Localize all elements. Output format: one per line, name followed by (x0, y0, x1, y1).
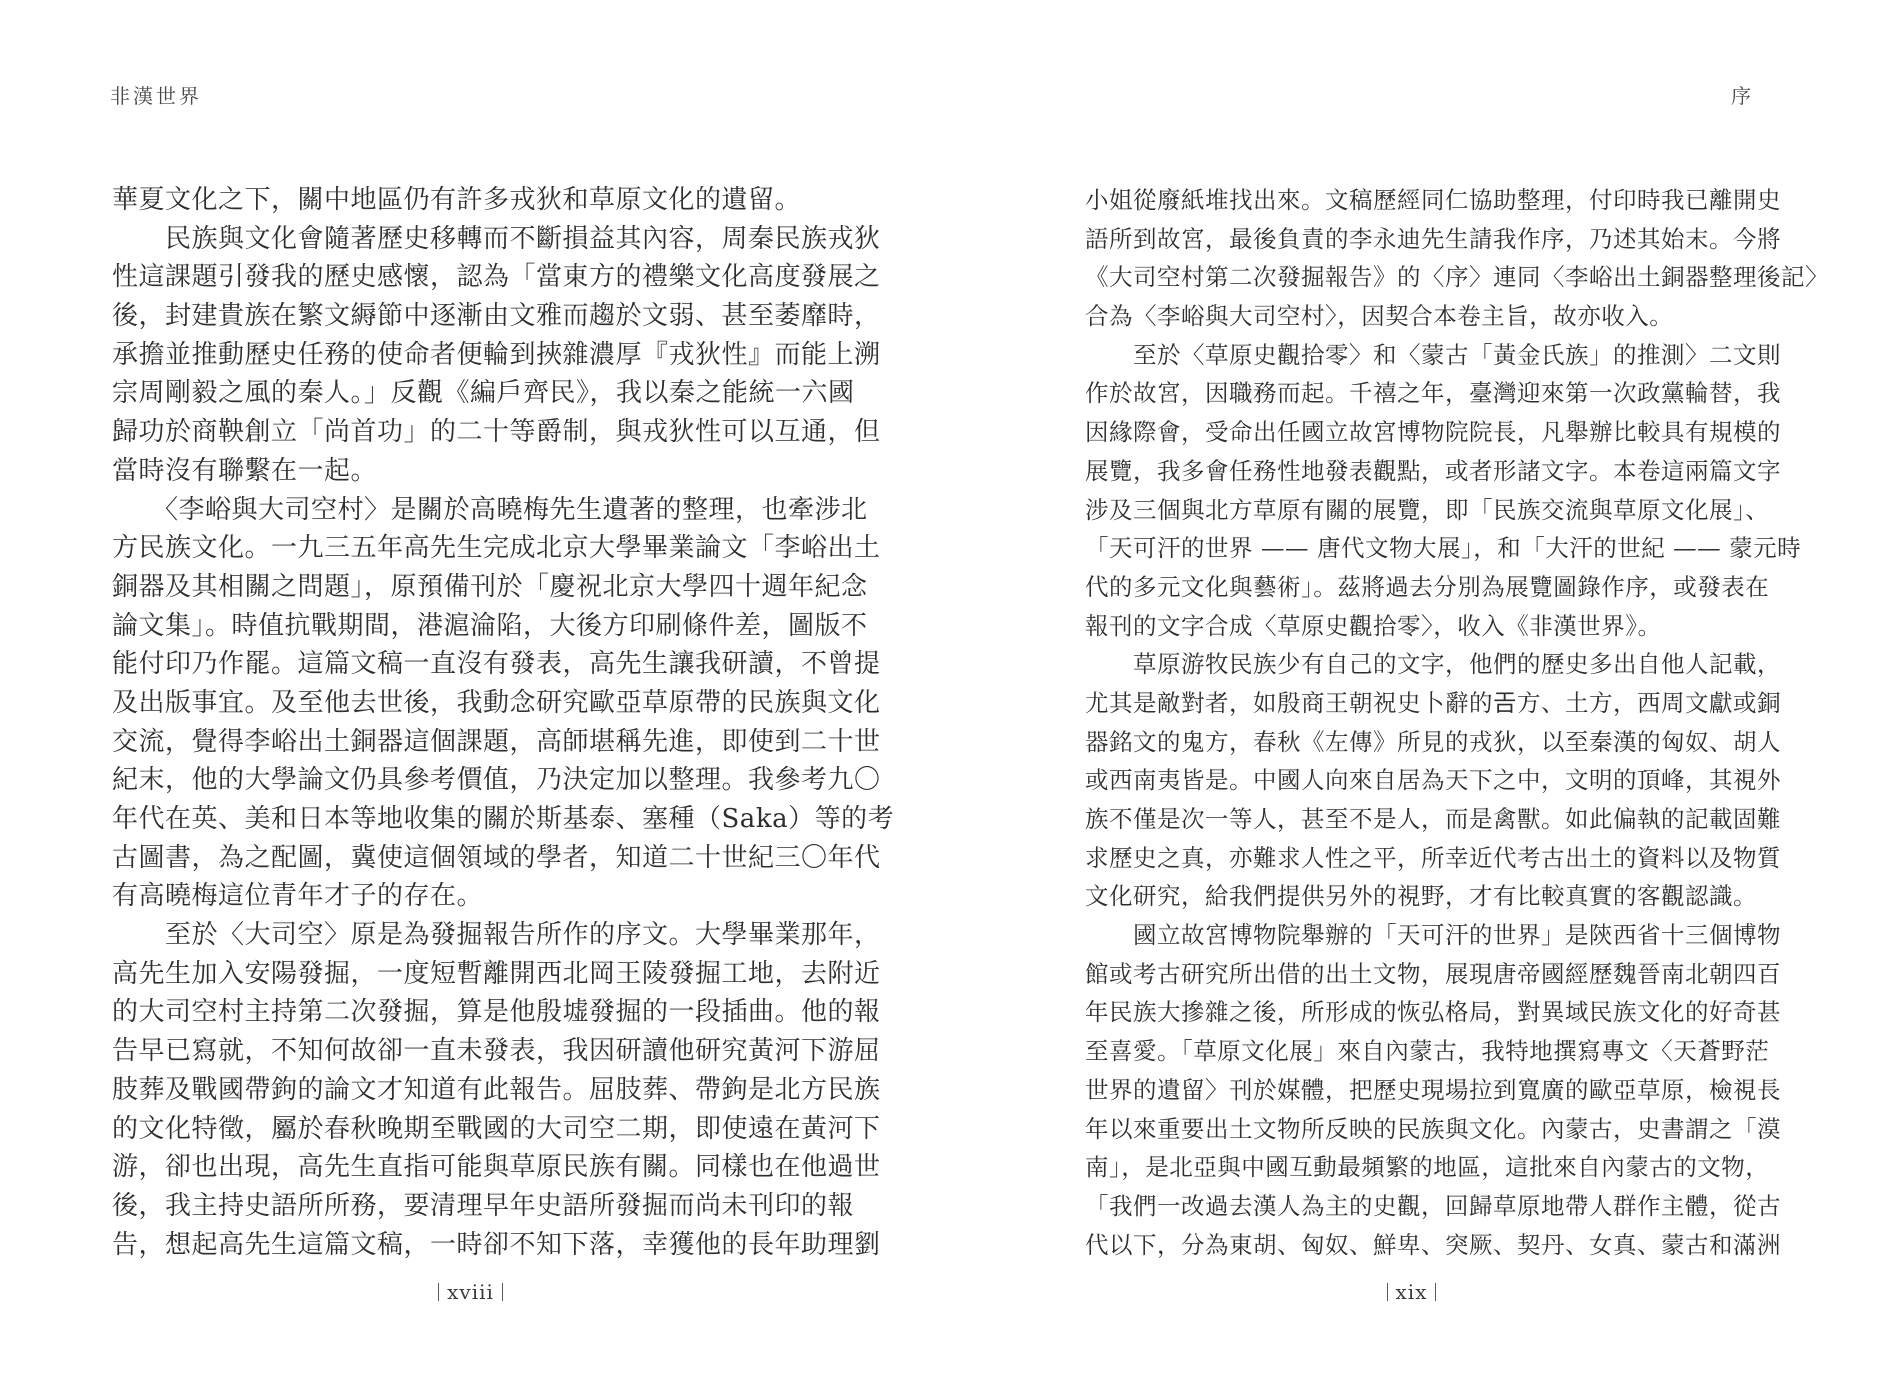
text-line: 小姐從廢紙堆找出來。文稿歷經同仁協助整理，付印時我已離開史 (1085, 181, 1757, 220)
text-line: 紀末，他的大學論文仍具參考價值，乃決定加以整理。我參考九〇 (112, 761, 852, 800)
text-line: 因緣際會，受命出任國立故宮博物院院長，凡舉辦比較具有規模的 (1085, 413, 1757, 452)
page-number-bar-icon (502, 1283, 503, 1301)
text-line: 告早已寫就，不知何故卻一直未發表，我因研讀他研究黃河下游屈 (112, 1032, 852, 1071)
text-line: 肢葬及戰國帶鉤的論文才知道有此報告。屈肢葬、帶鉤是北方民族 (112, 1071, 852, 1110)
book-spread: 非漢世界 華夏文化之下，關中地區仍有許多戎狄和草原文化的遺留。 民族與文化會隨著… (0, 0, 1882, 1395)
text-line: 族不僅是次一等人，甚至不是人，而是禽獸。如此偏執的記載固難 (1085, 800, 1757, 839)
text-line: 作於故宮，因職務而起。千禧之年，臺灣迎來第一次政黨輪替，我 (1085, 374, 1757, 413)
text-line: 能付印乃作罷。這篇文稿一直沒有發表，高先生讓我研讀，不曾提 (112, 645, 852, 684)
text-line: 涉及三個與北方草原有關的展覽，即「民族交流與草原文化展」、 (1085, 491, 1757, 530)
text-line: 至喜愛。「草原文化展」來自內蒙古，我特地撰寫專文〈天蒼野茫 (1085, 1032, 1757, 1071)
text-line: 承擔並推動歷史任務的使命者便輪到挾雜濃厚『戎狄性』而能上溯 (112, 336, 852, 375)
text-line: 及出版事宜。及至他去世後，我動念研究歐亞草原帶的民族與文化 (112, 684, 852, 723)
text-line: 器銘文的鬼方，春秋《左傳》所見的戎狄，以至秦漢的匈奴、胡人 (1085, 723, 1757, 762)
text-line: 宗周剛毅之風的秦人。」反觀《編戶齊民》，我以秦之能統一六國 (112, 374, 852, 413)
text-line: 年以來重要出土文物所反映的民族與文化。內蒙古，史書謂之「漠 (1085, 1110, 1757, 1149)
text-line: 報刊的文字合成〈草原史觀拾零〉，收入《非漢世界》。 (1085, 607, 1757, 646)
running-header-right: 序 (1731, 80, 1754, 109)
text-line: 文化研究，給我們提供另外的視野，才有比較真實的客觀認識。 (1085, 877, 1757, 916)
text-line: 告，想起高先生這篇文稿，一時卻不知下落，幸獲他的長年助理劉 (112, 1226, 852, 1265)
page-number-bar-icon (438, 1283, 439, 1301)
text-line: 交流，覺得李峪出土銅器這個課題，高師堪稱先進，即使到二十世 (112, 723, 852, 762)
text-line: 古圖書，為之配圖，冀使這個領域的學者，知道二十世紀三〇年代 (112, 839, 852, 878)
text-line: 代的多元文化與藝術」。茲將過去分別為展覽圖錄作序，或發表在 (1085, 568, 1757, 607)
text-line: 「天可汗的世界 —— 唐代文物大展」，和「大汗的世紀 —— 蒙元時 (1085, 529, 1757, 568)
text-line: 〈李峪與大司空村〉是關於高曉梅先生遺著的整理，也牽涉北 (112, 491, 852, 530)
text-line: 草原游牧民族少有自己的文字，他們的歷史多出自他人記載， (1085, 645, 1757, 684)
text-line: 年民族大摻雜之後，所形成的恢弘格局，對異域民族文化的好奇甚 (1085, 993, 1757, 1032)
text-line: 性這課題引發我的歷史感懷，認為「當東方的禮樂文化高度發展之 (112, 258, 852, 297)
page-right: 序 小姐從廢紙堆找出來。文稿歷經同仁協助整理，付印時我已離開史語所到故宮，最後負… (941, 0, 1882, 1395)
text-line: 合為〈李峪與大司空村〉，因契合本卷主旨，故亦收入。 (1085, 297, 1757, 336)
text-line: 後，封建貴族在繁文縟節中逐漸由文雅而趨於文弱、甚至萎靡時， (112, 297, 852, 336)
text-line: 游，卻也出現，高先生直指可能與草原民族有關。同樣也在他過世 (112, 1148, 852, 1187)
text-line: 求歷史之真，亦難求人性之平，所幸近代考古出土的資料以及物質 (1085, 839, 1757, 878)
text-line: 歸功於商鞅創立「尚首功」的二十等爵制，與戎狄性可以互通，但 (112, 413, 852, 452)
text-line: 有高曉梅這位青年才子的存在。 (112, 877, 852, 916)
page-number-text: xviii (447, 1280, 494, 1304)
text-line: 代以下，分為東胡、匈奴、鮮卑、突厥、契丹、女真、蒙古和滿洲 (1085, 1226, 1757, 1265)
text-line: 「我們一改過去漢人為主的史觀，回歸草原地帶人群作主體，從古 (1085, 1187, 1757, 1226)
text-column-right: 小姐從廢紙堆找出來。文稿歷經同仁協助整理，付印時我已離開史語所到故宮，最後負責的… (1085, 181, 1757, 1264)
text-line: 銅器及其相關之問題」，原預備刊於「慶祝北京大學四十週年紀念 (112, 568, 852, 607)
text-line: 館或考古研究所出借的出土文物，展現唐帝國經歷魏晉南北朝四百 (1085, 955, 1757, 994)
text-line: 的文化特徵，屬於春秋晚期至戰國的大司空二期，即使遠在黃河下 (112, 1110, 852, 1149)
page-number-left: xviii (0, 1280, 941, 1304)
text-line: 後，我主持史語所所務，要清理早年史語所發掘而尚未刊印的報 (112, 1187, 852, 1226)
page-number-right: xix (941, 1280, 1882, 1304)
text-line: 的大司空村主持第二次發掘，算是他殷墟發掘的一段插曲。他的報 (112, 993, 852, 1032)
text-line: 論文集」。時值抗戰期間，港滬淪陷，大後方印刷條件差，圖版不 (112, 607, 852, 646)
text-line: 華夏文化之下，關中地區仍有許多戎狄和草原文化的遺留。 (112, 181, 852, 220)
text-column-left: 華夏文化之下，關中地區仍有許多戎狄和草原文化的遺留。 民族與文化會隨著歷史移轉而… (112, 181, 852, 1264)
text-line: 民族與文化會隨著歷史移轉而不斷損益其內容，周秦民族戎狄 (112, 220, 852, 259)
text-line: 至於〈大司空〉原是為發掘報告所作的序文。大學畢業那年， (112, 916, 852, 955)
text-line: 高先生加入安陽發掘，一度短暫離開西北岡王陵發掘工地，去附近 (112, 955, 852, 994)
text-line: 方民族文化。一九三五年高先生完成北京大學畢業論文「李峪出土 (112, 529, 852, 568)
text-line: 展覽，我多會任務性地發表觀點，或者形諸文字。本卷這兩篇文字 (1085, 452, 1757, 491)
page-left: 非漢世界 華夏文化之下，關中地區仍有許多戎狄和草原文化的遺留。 民族與文化會隨著… (0, 0, 941, 1395)
text-line: 當時沒有聯繫在一起。 (112, 452, 852, 491)
text-line: 國立故宮博物院舉辦的「天可汗的世界」是陝西省十三個博物 (1085, 916, 1757, 955)
page-number-bar-icon (1387, 1283, 1388, 1301)
text-line: 《大司空村第二次發掘報告》的〈序〉連同〈李峪出土銅器整理後記〉 (1085, 258, 1757, 297)
text-line: 尤其是敵對者，如殷商王朝祝史卜辭的𢀛方、土方，西周文獻或銅 (1085, 684, 1757, 723)
running-header-left: 非漢世界 (110, 80, 202, 109)
text-line: 年代在英、美和日本等地收集的關於斯基泰、塞種（Saka）等的考 (112, 800, 852, 839)
text-line: 南」，是北亞與中國互動最頻繁的地區，這批來自內蒙古的文物， (1085, 1148, 1757, 1187)
page-number-text: xix (1396, 1280, 1428, 1304)
text-line: 或西南夷皆是。中國人向來自居為天下之中，文明的頂峰，其視外 (1085, 761, 1757, 800)
text-line: 語所到故宮，最後負責的李永迪先生請我作序，乃述其始末。今將 (1085, 220, 1757, 259)
text-line: 至於〈草原史觀拾零〉和〈蒙古「黃金氏族」的推測〉二文則 (1085, 336, 1757, 375)
text-line: 世界的遺留〉刊於媒體，把歷史現場拉到寬廣的歐亞草原，檢視長 (1085, 1071, 1757, 1110)
page-number-bar-icon (1435, 1283, 1436, 1301)
